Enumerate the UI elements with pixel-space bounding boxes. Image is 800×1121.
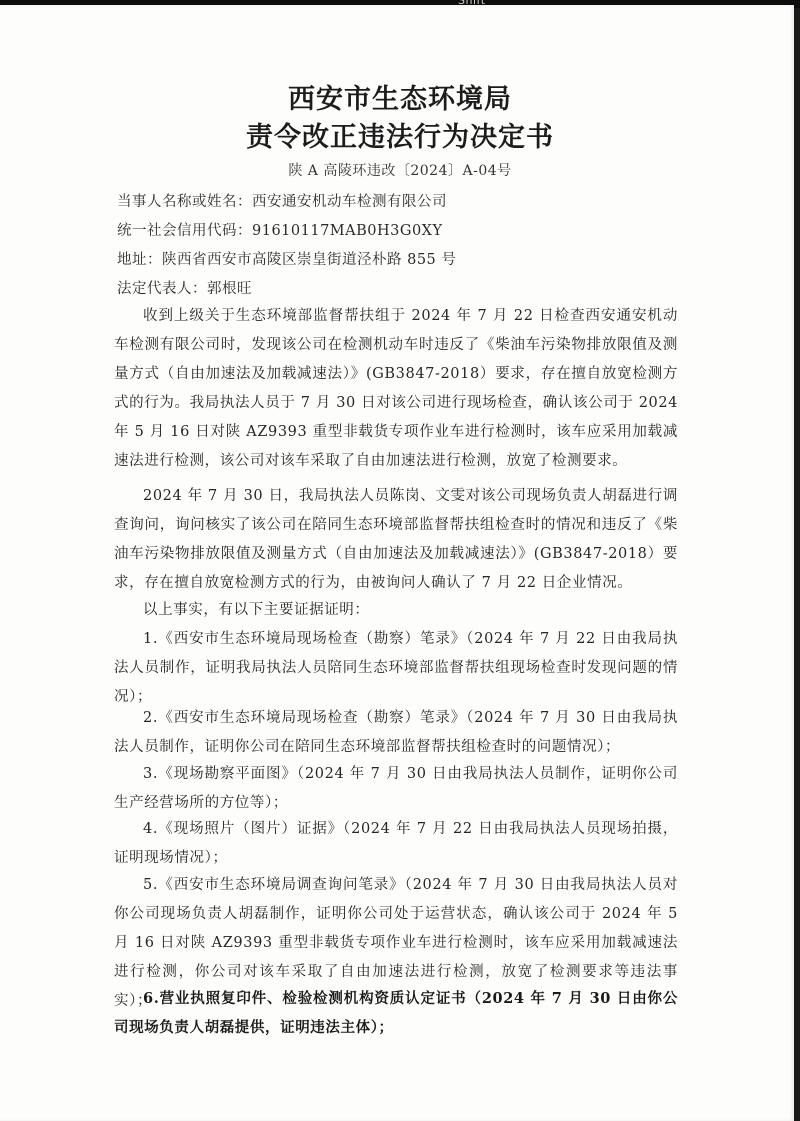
evidence-item-1: 1.《西安市生态环境局现场检查（勘察）笔录》（2024 年 7 月 22 日由我… [114, 625, 678, 712]
evidence-item-2: 2.《西安市生态环境局现场检查（勘察）笔录》（2024 年 7 月 30 日由我… [114, 704, 678, 762]
document-number: 陕 A 高陵环违改〔2024〕A-04号 [0, 160, 800, 180]
evidence-intro: 以上事实，有以下主要证据证明： [114, 596, 678, 625]
address-value: 陕西省西安市高陵区崇皇街道泾朴路 855 号 [162, 252, 456, 268]
party-name-label: 当事人名称或姓名： [117, 194, 252, 210]
legal-representative-label: 法定代表人： [117, 281, 207, 297]
facts-paragraph: 收到上级关于生态环境部监督帮扶组于 2024 年 7 月 22 日检查西安通安机… [114, 302, 678, 476]
address-label: 地址： [117, 252, 162, 268]
party-name-value: 西安通安机动车检测有限公司 [252, 194, 447, 210]
address-row: 地址：陕西省西安市高陵区崇皇街道泾朴路 855 号 [117, 248, 456, 269]
legal-representative-value: 郭根旺 [207, 281, 252, 297]
credit-code-row: 统一社会信用代码：91610117MAB0H3G0XY [117, 219, 443, 240]
evidence-item-3: 3.《现场勘察平面图》（2024 年 7 月 30 日由我局执法人员制作，证明你… [114, 760, 678, 818]
investigation-paragraph: 2024 年 7 月 30 日，我局执法人员陈岗、文雯对该公司现场负责人胡磊进行… [114, 482, 678, 598]
legal-representative-row: 法定代表人：郭根旺 [117, 277, 252, 298]
evidence-item-4: 4.《现场照片（图片）证据》（2024 年 7 月 22 日由我局执法人员现场拍… [114, 815, 678, 873]
credit-code-value: 91610117MAB0H3G0XY [252, 223, 443, 239]
document-title-type: 责令改正违法行为决定书 [0, 115, 800, 154]
party-name-row: 当事人名称或姓名：西安通安机动车检测有限公司 [117, 190, 447, 211]
document-title-issuer: 西安市生态环境局 [0, 77, 800, 116]
evidence-item-6: 6.营业执照复印件、检验检测机构资质认定证书（2024 年 7 月 30 日由你… [114, 984, 678, 1042]
credit-code-label: 统一社会信用代码： [117, 223, 252, 239]
